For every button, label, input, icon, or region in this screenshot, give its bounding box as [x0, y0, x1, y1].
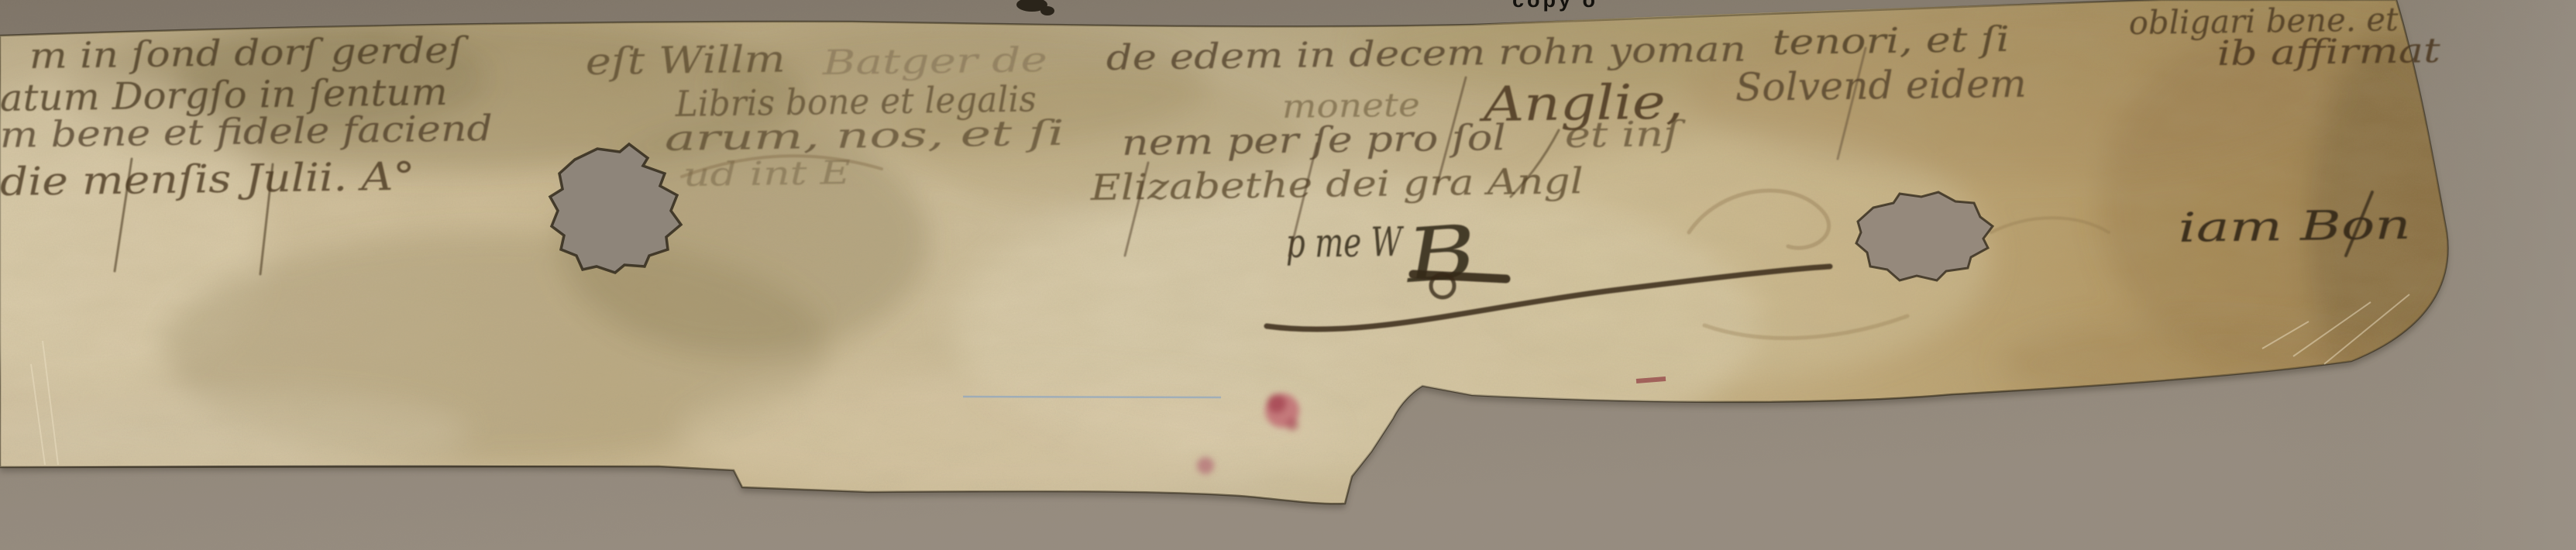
manuscript-line-segment: ud int E	[683, 153, 851, 194]
manuscript-line-segment: tenori, et ſi	[1772, 19, 2010, 63]
cutoff-printed-label: copy o	[1512, 0, 1598, 12]
signature-text-segment: B	[1401, 208, 1479, 300]
signature-text-segment: iam Bon	[2178, 202, 2411, 252]
manuscript-line-segment: m in ſond dorſ gerdeſ	[29, 29, 469, 77]
signature-ink-dash	[1413, 274, 1506, 279]
manuscript-photograph: copy o m	[0, 0, 2576, 550]
manuscript-line-segment: eſt Willm	[585, 37, 786, 84]
manuscript-line-segment: Elizabethe dei gra Angl	[1089, 160, 1584, 208]
red-ink-dash	[1636, 379, 1666, 381]
manuscript-line-segment: ib affirmat	[2217, 31, 2440, 74]
red-stain-small	[1197, 457, 1214, 474]
manuscript-line-segment: m bene et fidele faciend	[0, 107, 493, 156]
manuscript-line-segment: arum, nos, et ſi	[664, 112, 1064, 159]
manuscript-line-segment: die menſis Julii. A°	[0, 154, 415, 205]
manuscript-line-segment: et inſ	[1564, 113, 1687, 156]
blue-scan-line	[963, 397, 1221, 397]
manuscript-line-segment: Batger de	[821, 40, 1047, 83]
signature-text-segment: p me W	[1285, 219, 1404, 267]
photo-canvas: copy o m	[0, 0, 2576, 550]
manuscript-line-segment: Solvend eidem	[1735, 61, 2027, 110]
